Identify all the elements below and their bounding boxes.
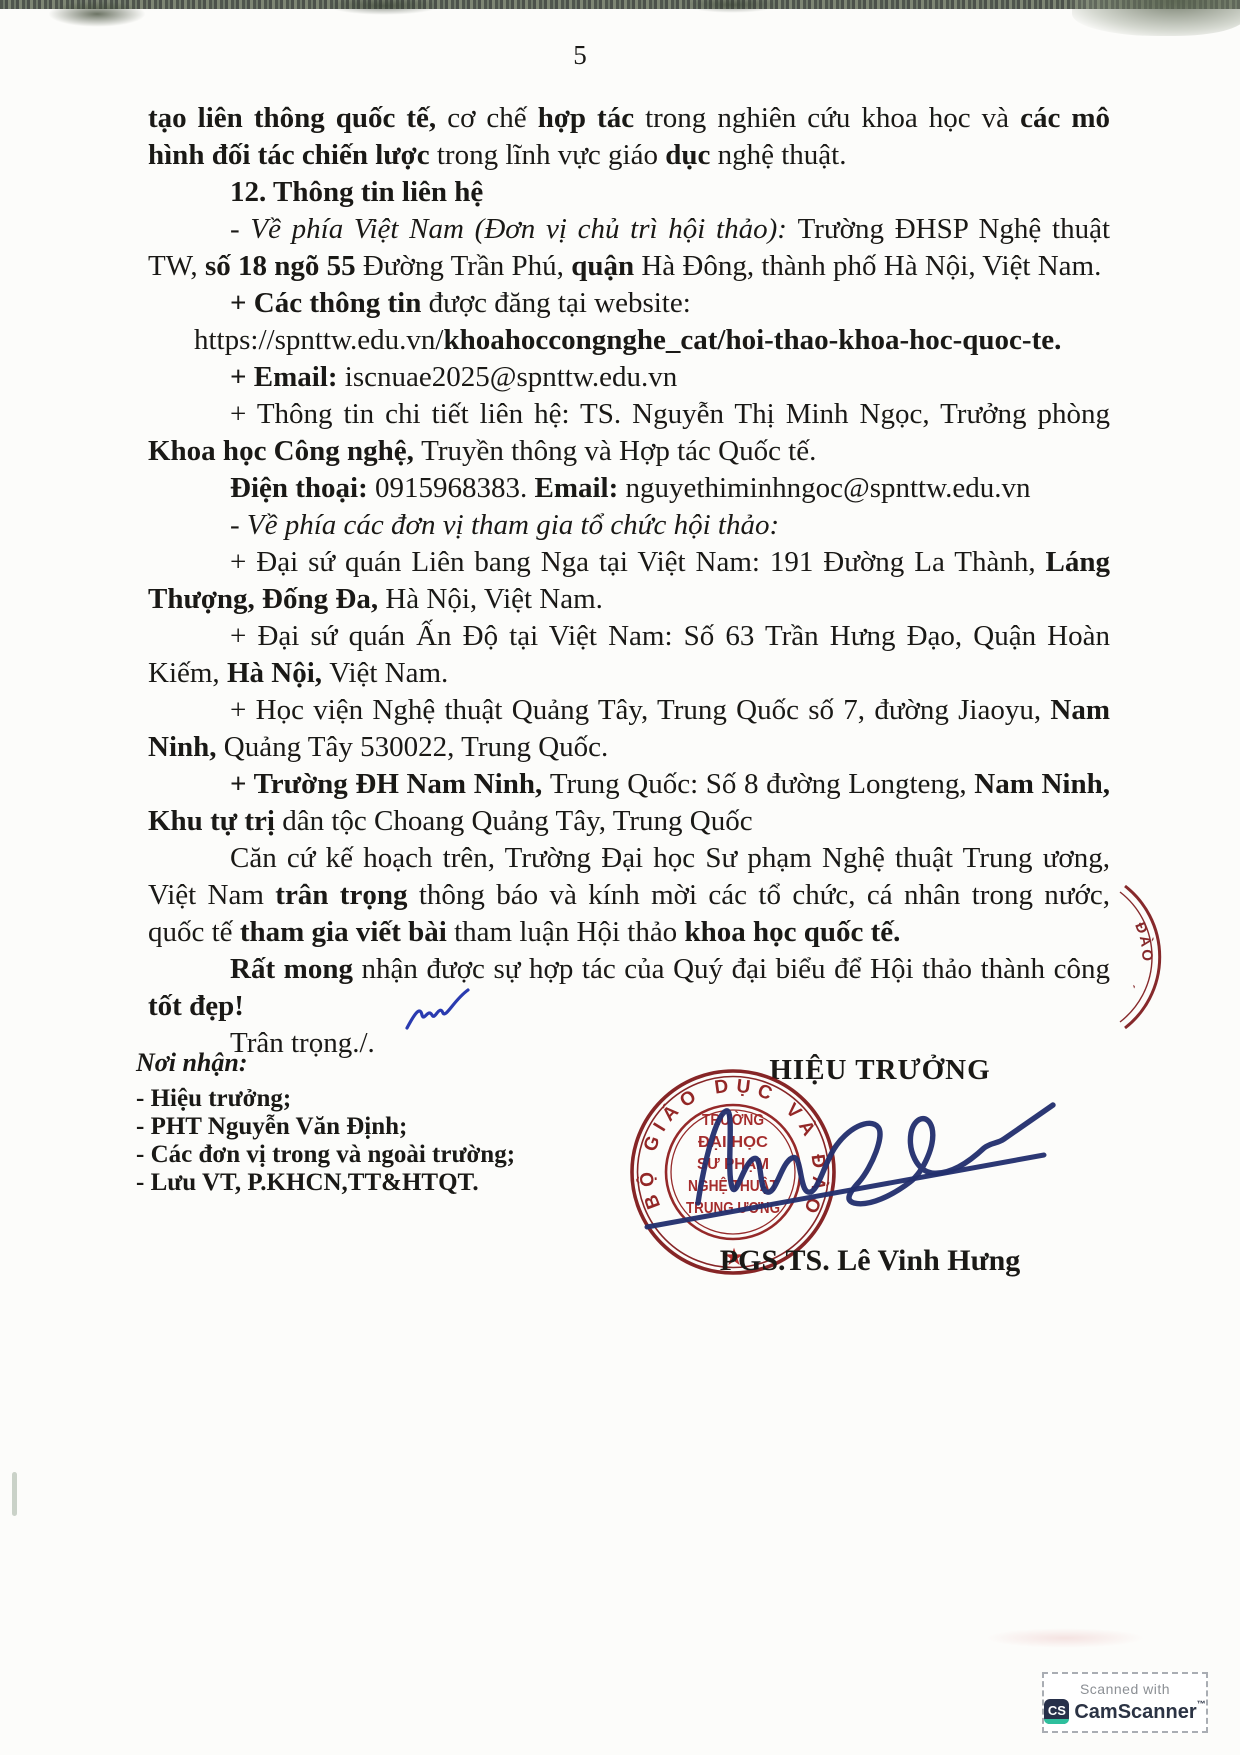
page-number: 5 [520,40,640,71]
edge-stamp-text: ĐÀO [1131,920,1155,963]
phone-line: Điện thoại: 0915968383. Email: nguyethim… [148,470,1110,507]
handwritten-initials [402,986,474,1036]
camscanner-logo-letters: CS [1048,1703,1066,1718]
body-paragraph: - Về phía Việt Nam (Đơn vị chủ trì hội t… [148,211,1110,285]
scan-smudge [12,1472,17,1516]
body-paragraph: + Thông tin chi tiết liên hệ: TS. Nguyễn… [148,396,1110,470]
body-paragraph: + Trường ĐH Nam Ninh, Trung Quốc: Số 8 đ… [148,766,1110,840]
camscanner-brand: CamScanner ™ [1074,1702,1205,1722]
camscanner-logo-icon: CS [1044,1699,1069,1724]
document-body: tạo liên thông quốc tế, cơ chế hợp tác t… [148,100,1110,1062]
body-paragraph: Rất mong nhận được sự hợp tác của Quý đạ… [148,951,1110,1025]
scan-smudge [48,1,146,27]
body-paragraph: + Đại sứ quán Ấn Độ tại Việt Nam: Số 63 … [148,618,1110,692]
recipient-line: - PHT Nguyễn Văn Định; [136,1113,515,1141]
body-paragraph: + Đại sứ quán Liên bang Nga tại Việt Nam… [148,544,1110,618]
scan-smudge [328,0,440,15]
email-line: + Email: iscnuae2025@spnttw.edu.vn [148,359,1110,396]
camscanner-logo-teal-bar [1044,1719,1069,1724]
website-url-line: https://spnttw.edu.vn/khoahoccongnghe_ca… [148,322,1110,359]
camscanner-caption: Scanned with [1080,1681,1170,1697]
recipient-line: - Các đơn vị trong và ngoài trường; [136,1141,515,1169]
recipient-line: - Hiệu trưởng; [136,1085,515,1113]
camscanner-watermark: Scanned with CS CamScanner ™ [1042,1672,1208,1733]
recipients-block: Nơi nhận: - Hiệu trưởng;- PHT Nguyễn Văn… [136,1048,515,1197]
body-paragraph: tạo liên thông quốc tế, cơ chế hợp tác t… [148,100,1110,174]
body-paragraph: + Học viện Nghệ thuật Quảng Tây, Trung Q… [148,692,1110,766]
trademark-symbol: ™ [1197,1700,1206,1709]
recipients-list: - Hiệu trưởng;- PHT Nguyễn Văn Định;- Cá… [136,1085,515,1197]
body-paragraph: - Về phía các đơn vị tham gia tổ chức hộ… [148,507,1110,544]
section-heading: 12. Thông tin liên hệ [148,174,1110,211]
scan-smudge [985,1628,1145,1648]
body-paragraph: Căn cứ kế hoạch trên, Trường Đại học Sư … [148,840,1110,951]
svg-text:ˏ: ˏ [1132,984,1149,995]
signature-ink [620,1085,1090,1247]
edge-stamp-partial: ĐÀO ˏ [1095,875,1240,1045]
scanned-document-page: 5 tạo liên thông quốc tế, cơ chế hợp tác… [0,0,1240,1755]
signer-name: PGS.TS. Lê Vinh Hưng [640,1244,1100,1278]
scan-smudge [1072,0,1240,36]
recipient-line: - Lưu VT, P.KHCN,TT&HTQT. [136,1169,515,1197]
recipients-title: Nơi nhận: [136,1048,515,1078]
scan-artifact-top [0,0,1240,9]
body-paragraph: + Các thông tin được đăng tại website: [148,285,1110,322]
scan-smudge [686,0,778,13]
